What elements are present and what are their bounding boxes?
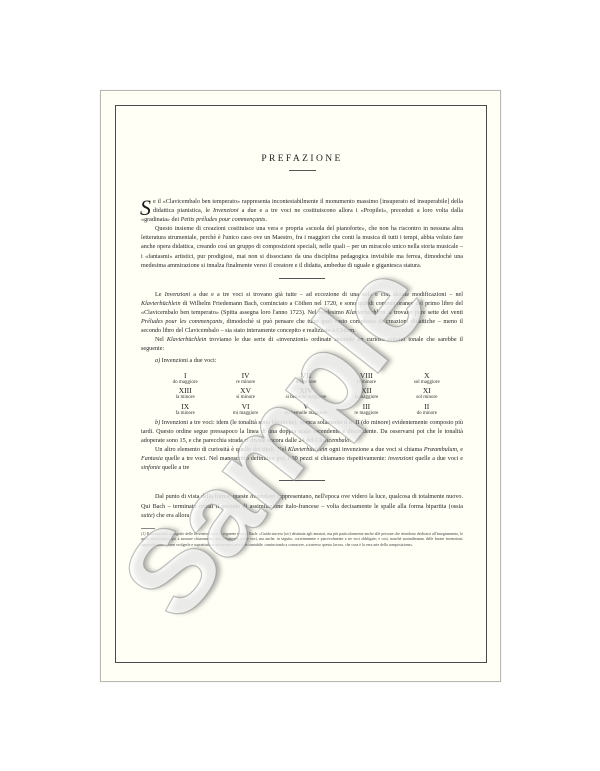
section-rule-divider xyxy=(279,278,325,279)
text-run: quelle a tre voci. Nel manoscritto defin… xyxy=(163,456,388,462)
text-run: Invenzioni a due voci: xyxy=(160,358,216,364)
invention-number: IX xyxy=(155,403,215,411)
text-run: Un altro elemento di curiosità è quello … xyxy=(155,447,288,453)
invention-key: mi bemolle maggiore xyxy=(276,411,336,417)
text-run: a due e a tre voci si trovano già tutte … xyxy=(190,292,463,298)
italic-run: Invenzioni xyxy=(194,532,210,536)
invention-number: VIII xyxy=(336,372,396,380)
invention-number: III xyxy=(336,403,396,411)
invention-cell: XIsol minore xyxy=(397,387,457,401)
invention-number: XV xyxy=(215,387,275,395)
paragraph-a-due-voci: a) Invenzioni a due voci: xyxy=(141,357,463,366)
invention-number: V xyxy=(276,403,336,411)
invention-number: XIV xyxy=(276,387,336,395)
invention-cell: Ido maggiore xyxy=(155,372,215,386)
invention-number: I xyxy=(155,372,215,380)
invention-key: si minore xyxy=(215,395,275,401)
invention-cell: IVre minore xyxy=(215,372,275,386)
document-page: PREFAZIONE Se il «Clavicembalo ben tempe… xyxy=(100,90,501,682)
paragraph-due-serie: Nel Klavierbüchlein troviamo le due seri… xyxy=(141,336,463,354)
text-run: ) che era allora xyxy=(153,513,190,519)
text-run: ogni invenzione a due voci si chiama xyxy=(327,447,423,453)
text-run: Invenzioni a tre voci: idem (le tonalità… xyxy=(141,420,463,444)
invention-cell: IIIre maggiore xyxy=(336,403,396,417)
invention-number: XI xyxy=(397,387,457,395)
invention-cell: Xsol maggiore xyxy=(397,372,457,386)
italic-run: Præambulum xyxy=(424,447,457,453)
paragraph-scuola: Questo insieme di creazioni costituisce … xyxy=(141,225,463,270)
text-run: quelle a tre xyxy=(160,465,189,471)
invention-key: re minore xyxy=(215,380,275,386)
invention-cell: VImi maggiore xyxy=(215,403,275,417)
text-run: , e xyxy=(457,447,463,453)
paragraph-titoli: Un altro elemento di curiosità è quello … xyxy=(141,446,463,473)
italic-run: invenzioni xyxy=(250,494,275,500)
italic-run: suite xyxy=(141,513,153,519)
invention-number: II xyxy=(397,403,457,411)
invention-key: si bemolle maggiore xyxy=(276,395,336,401)
invention-number: VI xyxy=(215,403,275,411)
invention-number: XIII xyxy=(155,387,215,395)
invention-cell: XIIIla minore xyxy=(155,387,215,401)
paragraph-intro: Se il «Clavicembalo ben temperato» rappr… xyxy=(141,198,463,225)
invention-key: fa minore xyxy=(336,380,396,386)
drop-cap: S xyxy=(140,199,151,216)
invention-key: mi minore xyxy=(276,380,336,386)
text-run: . xyxy=(349,438,351,444)
italic-run: sinfonie xyxy=(141,465,160,471)
italic-run: Fantasia xyxy=(141,456,163,462)
title-rule-divider xyxy=(289,170,316,171)
italic-run: Klavierbüchlein xyxy=(288,447,328,453)
footnote-rule-divider xyxy=(141,528,155,529)
text-run: Le xyxy=(155,292,165,298)
invention-key: la minore xyxy=(155,395,215,401)
italic-run: Klavierbüchlein xyxy=(141,301,181,307)
italic-run: Invenzioni xyxy=(213,208,239,214)
text-run: . xyxy=(265,217,267,223)
section-rule-divider xyxy=(279,480,325,481)
text-run: si trovano pure sette dei venti xyxy=(386,310,464,316)
inventions-key-table: Ido maggioreIVre minoreVIImi minoreVIIIf… xyxy=(155,372,457,417)
text-run: Dal punto di vista della forma, queste xyxy=(155,494,250,500)
invention-key: la maggiore xyxy=(336,395,396,401)
text-run: quelle a due voci e xyxy=(413,456,463,462)
invention-key: fa minore xyxy=(155,411,215,417)
invention-cell: IXfa minore xyxy=(155,403,215,417)
invention-key: re maggiore xyxy=(336,411,396,417)
italic-run: Préludes pour les commençants xyxy=(141,319,222,325)
invention-key: sol maggiore xyxy=(397,380,457,386)
invention-number: VII xyxy=(276,372,336,380)
invention-cell: IIdo minore xyxy=(397,403,457,417)
invention-key: mi maggiore xyxy=(215,411,275,417)
invention-number: IV xyxy=(215,372,275,380)
italic-run: invenzioni xyxy=(388,456,413,462)
invention-cell: XVsi minore xyxy=(215,387,275,401)
invention-cell: VIImi minore xyxy=(276,372,336,386)
invention-cell: XIIla maggiore xyxy=(336,387,396,401)
paragraph-klavierbuchlein: Le Invenzioni a due e a tre voci si trov… xyxy=(141,291,463,336)
italic-run: Klavierbüchlein xyxy=(346,310,386,316)
italic-run: Petits préludes pour commençants xyxy=(181,217,266,223)
invention-number: XII xyxy=(336,387,396,395)
paragraph-b-tre-voci: b) Invenzioni a tre voci: idem (le tonal… xyxy=(141,419,463,446)
invention-cell: VIIIfa minore xyxy=(336,372,396,386)
invention-key: do minore xyxy=(397,411,457,417)
text-run: Nel xyxy=(155,337,167,343)
invention-number: X xyxy=(397,372,457,380)
invention-cell: XIVsi bemolle maggiore xyxy=(276,387,336,401)
italic-run: Clavicembalo xyxy=(315,438,349,444)
text-run: reca la seguente nota di Bach: «Guida si… xyxy=(210,532,285,536)
paragraph-forma: Dal punto di vista della forma, queste i… xyxy=(141,493,463,520)
italic-run: Klavierbüchlein xyxy=(167,337,207,343)
footnote: (1) Il manoscritto autografo delle Inven… xyxy=(141,532,463,548)
page-title: PREFAZIONE xyxy=(141,154,463,164)
page-border-frame: PREFAZIONE Se il «Clavicembalo ben tempe… xyxy=(115,105,487,663)
italic-run: Invenzioni xyxy=(165,292,191,298)
invention-key: sol minore xyxy=(397,395,457,401)
page-content: PREFAZIONE Se il «Clavicembalo ben tempe… xyxy=(141,106,463,548)
text-run: Il manoscritto autografo delle xyxy=(146,532,194,536)
invention-key: do maggiore xyxy=(155,380,215,386)
invention-cell: Vmi bemolle maggiore xyxy=(276,403,336,417)
